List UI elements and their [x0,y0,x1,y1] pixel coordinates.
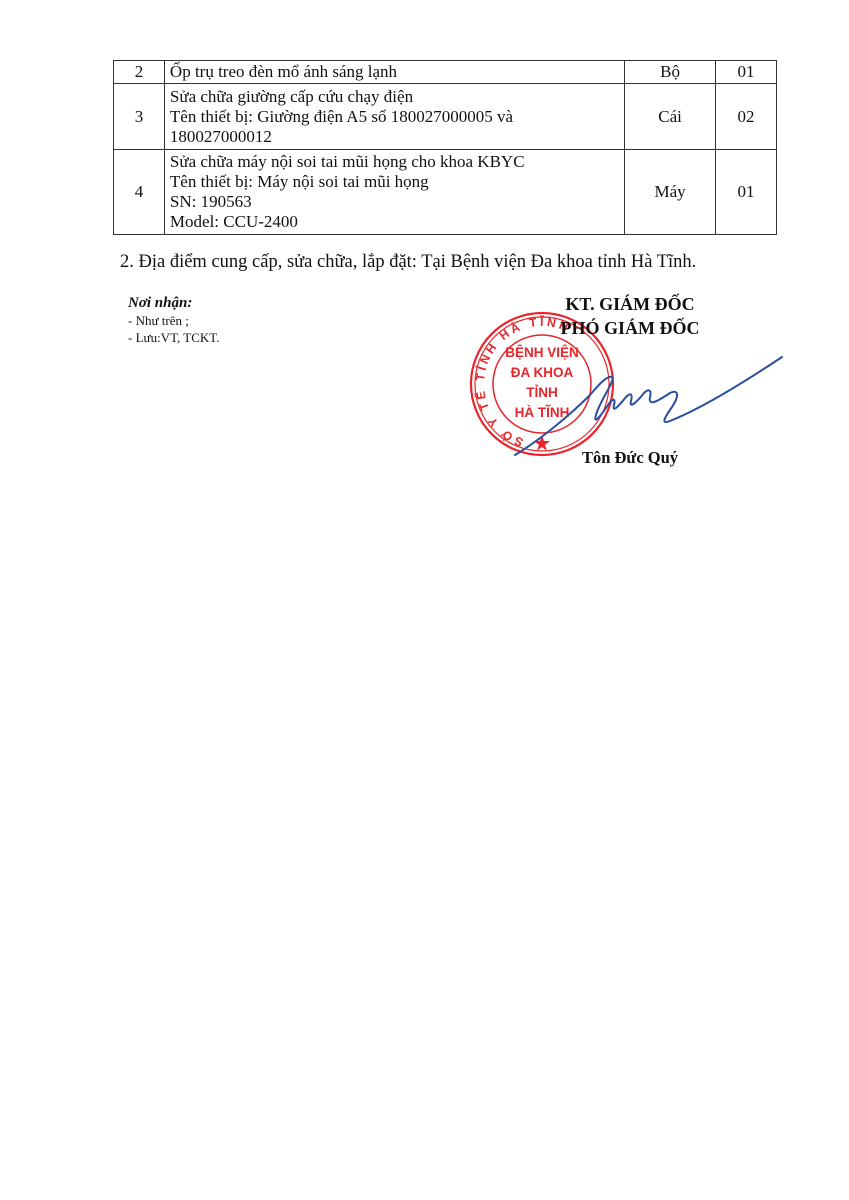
row-number: 3 [114,84,165,150]
table-row: 4 Sửa chữa máy nội soi tai mũi họng cho … [114,150,777,235]
row-quantity: 02 [716,84,777,150]
row-description: Sửa chữa giường cấp cứu chạy điện Tên th… [164,84,624,150]
row-quantity: 01 [716,150,777,235]
recipients-block: Nơi nhận: - Như trên ; - Lưu:VT, TCKT. [128,295,220,346]
table-row: 2 Ốp trụ treo đèn mổ ánh sáng lạnh Bộ 01 [114,61,777,84]
row-quantity: 01 [716,61,777,84]
row-unit: Cái [625,84,716,150]
signature-title-line2: PHÓ GIÁM ĐỐC [520,316,740,340]
row-unit: Máy [625,150,716,235]
signature-title-line1: KT. GIÁM ĐỐC [520,292,740,316]
delivery-location: 2. Địa điểm cung cấp, sửa chữa, lắp đặt:… [120,252,696,273]
signer-name: Tôn Đức Quý [540,448,720,468]
recipient-item: - Như trên ; [128,312,220,329]
signature-title-block: KT. GIÁM ĐỐC PHÓ GIÁM ĐỐC [520,292,740,340]
items-table: 2 Ốp trụ treo đèn mổ ánh sáng lạnh Bộ 01… [113,60,777,235]
row-number: 2 [114,61,165,84]
recipients-title: Nơi nhận: [128,295,220,312]
row-description: Ốp trụ treo đèn mổ ánh sáng lạnh [164,61,624,84]
row-unit: Bộ [625,61,716,84]
table-row: 3 Sửa chữa giường cấp cứu chạy điện Tên … [114,84,777,150]
row-number: 4 [114,150,165,235]
recipient-item: - Lưu:VT, TCKT. [128,329,220,346]
row-description: Sửa chữa máy nội soi tai mũi họng cho kh… [164,150,624,235]
